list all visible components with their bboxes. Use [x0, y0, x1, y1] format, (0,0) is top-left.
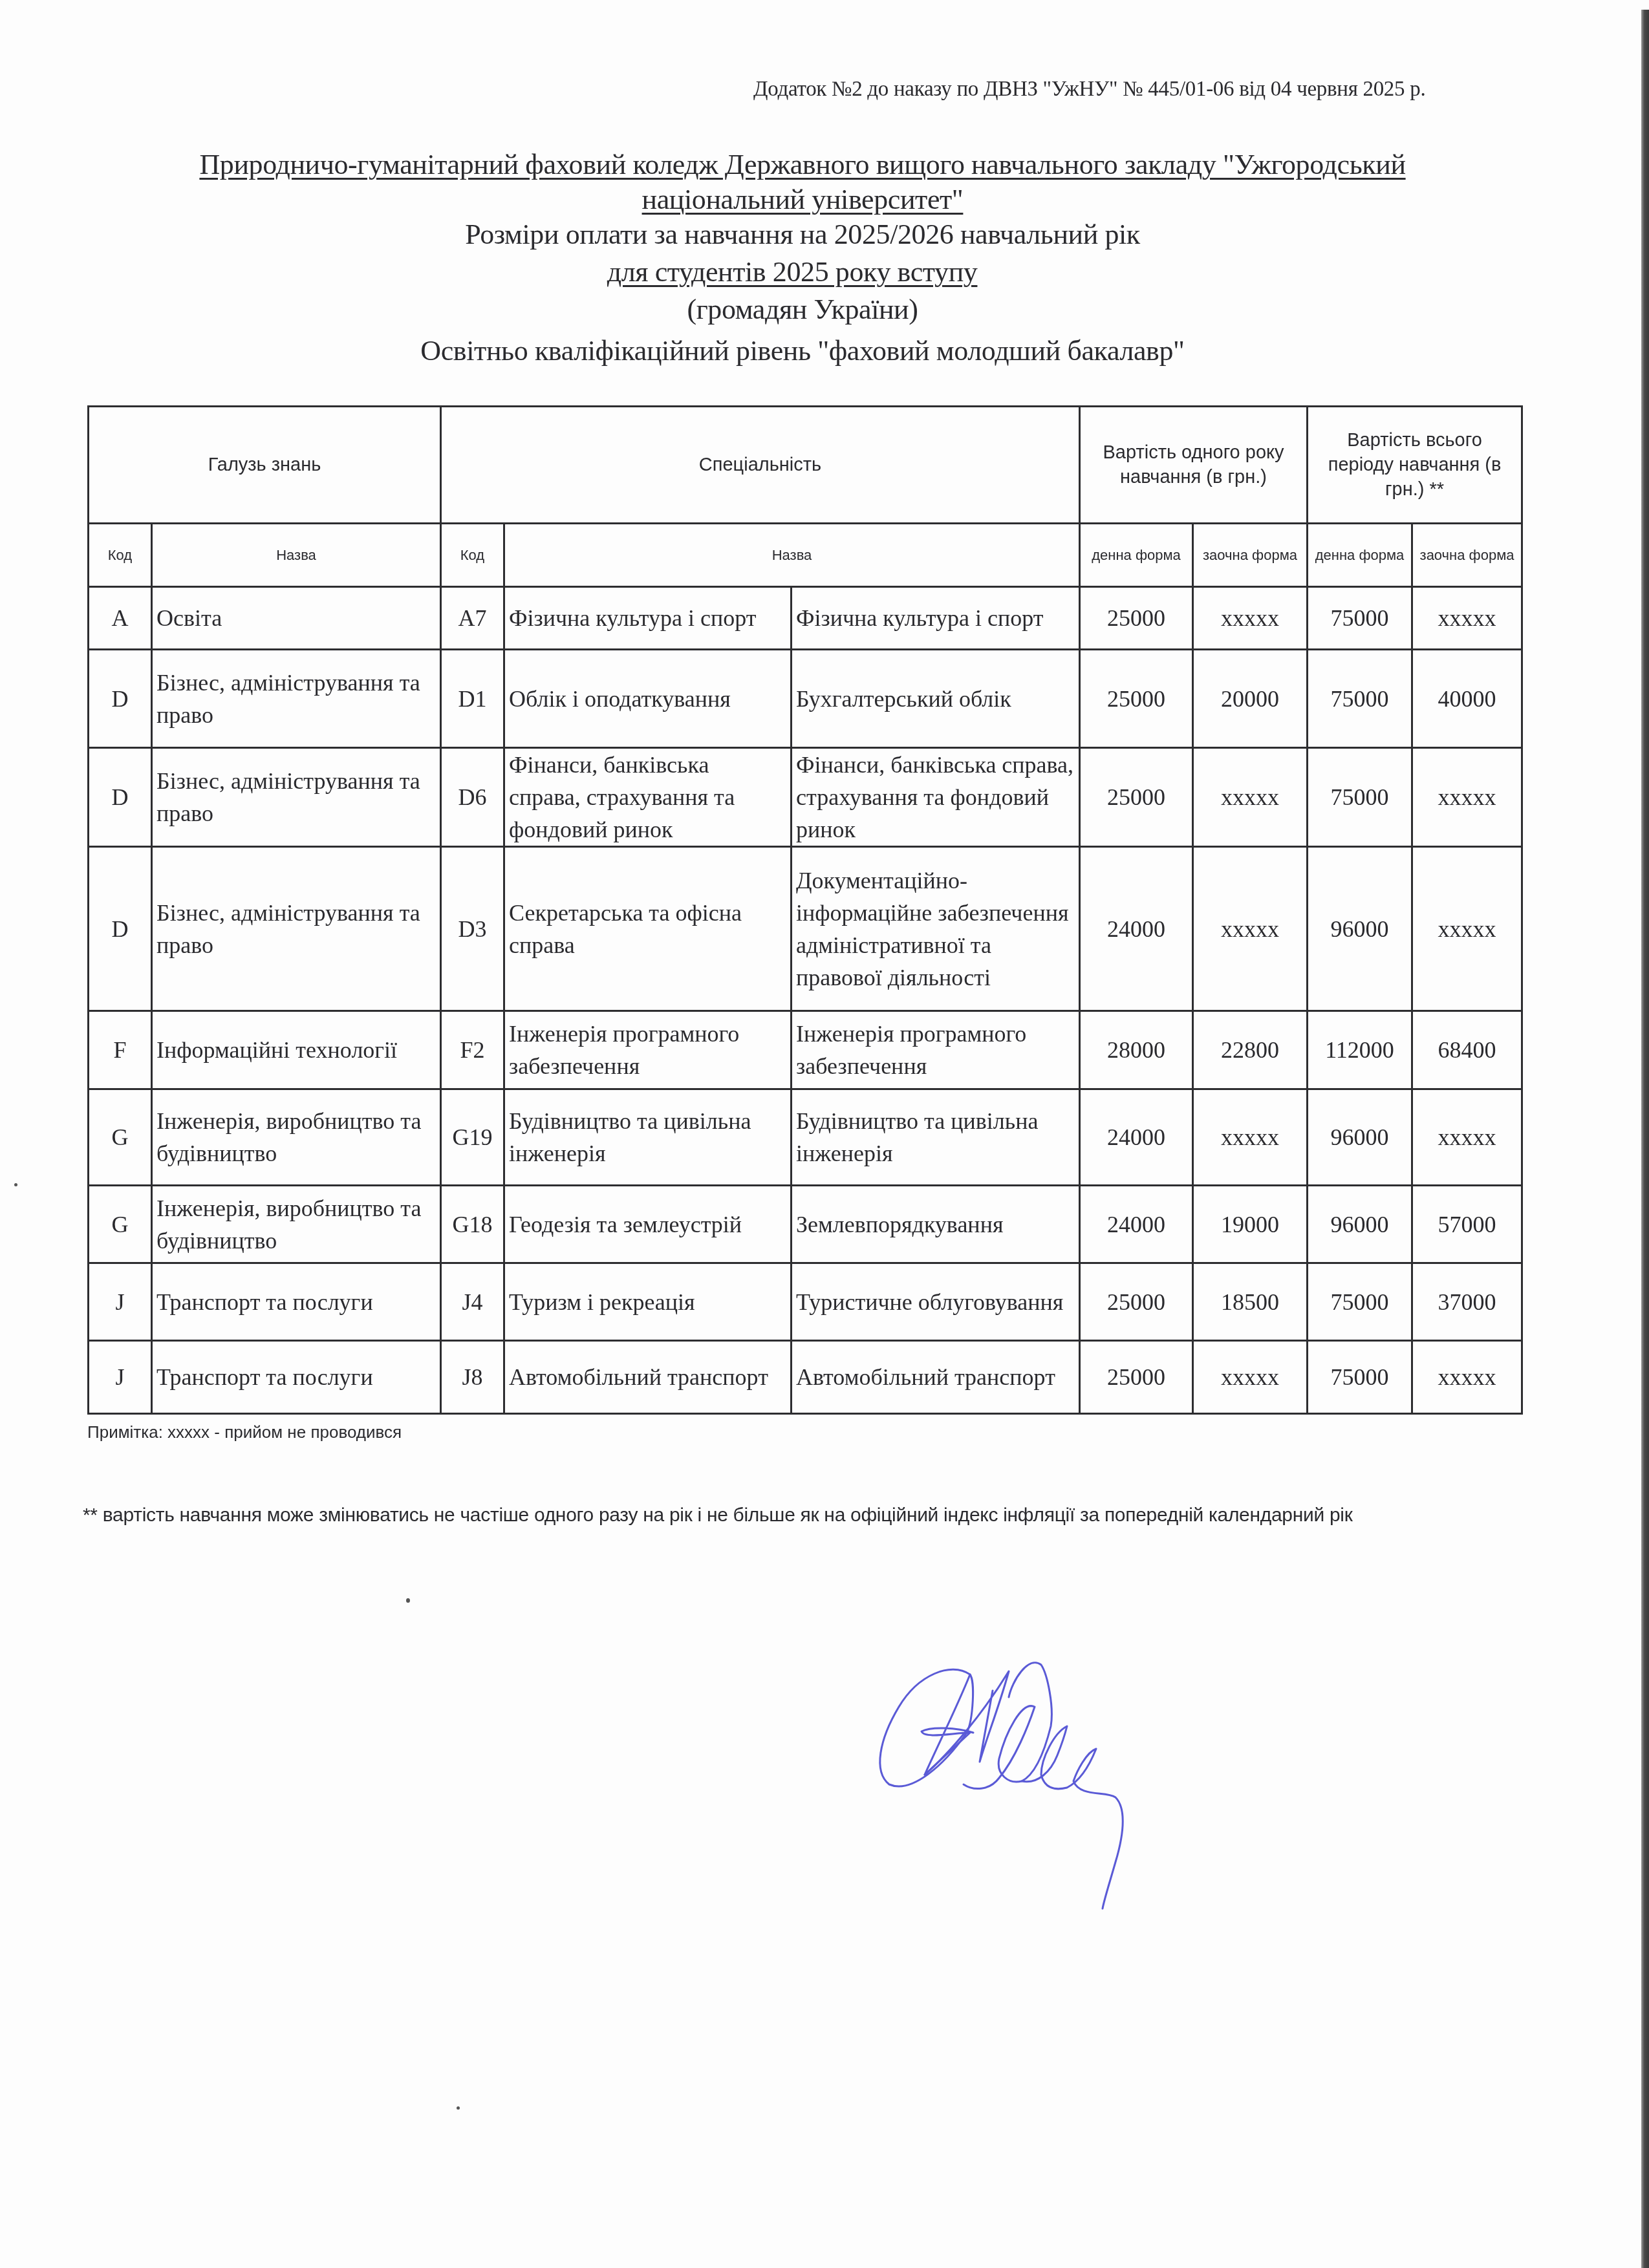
- scan-speck: [457, 2106, 460, 2110]
- spec-code-cell: D3: [441, 847, 504, 1011]
- year-full-time-cost: 25000: [1080, 587, 1193, 650]
- subheader-period-part-time: заочна форма: [1412, 524, 1522, 587]
- table-row: DБізнес, адміністрування та правоD3Секре…: [89, 847, 1522, 1011]
- period-part-time-cost: xxxxx: [1412, 587, 1522, 650]
- table-row: GІнженерія, виробництво та будівництвоG1…: [89, 1186, 1522, 1263]
- spec-code-cell: J8: [441, 1341, 504, 1414]
- period-full-time-cost: 75000: [1308, 748, 1412, 847]
- spec-name-cell: Інженерія програмного забезпечення: [504, 1011, 792, 1089]
- year-full-time-cost: 24000: [1080, 1089, 1193, 1186]
- period-full-time-cost: 75000: [1308, 650, 1412, 748]
- period-part-time-cost: xxxxx: [1412, 847, 1522, 1011]
- subheader-period-full-time: денна форма: [1308, 524, 1412, 587]
- signature-image: [860, 1636, 1222, 1933]
- field-code-cell: J: [89, 1263, 152, 1341]
- field-name-cell: Бізнес, адміністрування та право: [152, 748, 441, 847]
- spec-code-cell: F2: [441, 1011, 504, 1089]
- program-name-cell: Туристичне облуговування: [792, 1263, 1080, 1341]
- header-cost-full-period: Вартість всього періоду навчання (в грн.…: [1308, 407, 1522, 524]
- spec-name-cell: Автомобільний транспорт: [504, 1341, 792, 1414]
- year-full-time-cost: 24000: [1080, 847, 1193, 1011]
- citizens-note: (громадян України): [0, 292, 1649, 327]
- spec-name-cell: Секретарська та офісна справа: [504, 847, 792, 1011]
- period-part-time-cost: 57000: [1412, 1186, 1522, 1263]
- field-name-cell: Бізнес, адміністрування та право: [152, 847, 441, 1011]
- header-row-groups: Галузь знань Спеціальність Вартість одно…: [89, 407, 1522, 524]
- year-part-time-cost: 19000: [1193, 1186, 1308, 1263]
- spec-name-cell: Фізична культура і спорт: [504, 587, 792, 650]
- period-full-time-cost: 96000: [1308, 1089, 1412, 1186]
- header-row-sub: Код Назва Код Назва денна форма заочна ф…: [89, 524, 1522, 587]
- field-name-cell: Інженерія, виробництво та будівництво: [152, 1089, 441, 1186]
- period-full-time-cost: 96000: [1308, 1186, 1412, 1263]
- spec-name-cell: Туризм і рекреація: [504, 1263, 792, 1341]
- year-part-time-cost: xxxxx: [1193, 847, 1308, 1011]
- table-row: DБізнес, адміністрування та правоD6Фінан…: [89, 748, 1522, 847]
- subheader-year-part-time: заочна форма: [1193, 524, 1308, 587]
- year-part-time-cost: 22800: [1193, 1011, 1308, 1089]
- year-full-time-cost: 25000: [1080, 1341, 1193, 1414]
- program-name-cell: Фізична культура і спорт: [792, 587, 1080, 650]
- document-subtitle: для студентів 2025 року вступу: [0, 255, 1649, 290]
- document-title-block: Природничо-гуманітарний фаховий коледж Д…: [0, 147, 1649, 369]
- field-name-cell: Інформаційні технології: [152, 1011, 441, 1089]
- field-code-cell: F: [89, 1011, 152, 1089]
- subheader-field-code: Код: [89, 524, 152, 587]
- year-part-time-cost: 20000: [1193, 650, 1308, 748]
- table-row: DБізнес, адміністрування та правоD1Облік…: [89, 650, 1522, 748]
- field-name-cell: Інженерія, виробництво та будівництво: [152, 1186, 441, 1263]
- scan-speck: [406, 1598, 410, 1603]
- institution-line-1-text: Природничо-гуманітарний фаховий коледж Д…: [199, 149, 1405, 180]
- year-part-time-cost: xxxxx: [1193, 748, 1308, 847]
- note-not-admitted: Примітка: xxxxx - прийом не проводився: [87, 1422, 402, 1442]
- field-name-cell: Освіта: [152, 587, 441, 650]
- period-part-time-cost: xxxxx: [1412, 1089, 1522, 1186]
- period-full-time-cost: 75000: [1308, 587, 1412, 650]
- field-code-cell: D: [89, 847, 152, 1011]
- period-full-time-cost: 75000: [1308, 1341, 1412, 1414]
- year-full-time-cost: 28000: [1080, 1011, 1193, 1089]
- institution-line-2-text: національний університет": [642, 184, 964, 215]
- program-name-cell: Фінанси, банківська справа, страхування …: [792, 748, 1080, 847]
- period-part-time-cost: xxxxx: [1412, 748, 1522, 847]
- year-part-time-cost: 18500: [1193, 1263, 1308, 1341]
- spec-name-cell: Облік і оподаткування: [504, 650, 792, 748]
- table-row: JТранспорт та послугиJ4Туризм і рекреаці…: [89, 1263, 1522, 1341]
- institution-line-2: національний університет": [0, 182, 1649, 217]
- year-part-time-cost: xxxxx: [1193, 587, 1308, 650]
- subheader-field-name: Назва: [152, 524, 441, 587]
- spec-name-cell: Будівництво та цивільна інженерія: [504, 1089, 792, 1186]
- spec-code-cell: J4: [441, 1263, 504, 1341]
- program-name-cell: Землевпорядкування: [792, 1186, 1080, 1263]
- subheader-spec-name: Назва: [504, 524, 1080, 587]
- institution-line-1: Природничо-гуманітарний фаховий коледж Д…: [0, 147, 1649, 182]
- annex-reference: Додаток №2 до наказу по ДВНЗ "УжНУ" № 44…: [753, 78, 1425, 102]
- field-name-cell: Транспорт та послуги: [152, 1263, 441, 1341]
- scan-speck: [14, 1183, 17, 1186]
- field-name-cell: Бізнес, адміністрування та право: [152, 650, 441, 748]
- table-row: AОсвітаA7Фізична культура і спортФізична…: [89, 587, 1522, 650]
- table-row: JТранспорт та послугиJ8Автомобільний тра…: [89, 1341, 1522, 1414]
- period-part-time-cost: 40000: [1412, 650, 1522, 748]
- spec-code-cell: A7: [441, 587, 504, 650]
- year-full-time-cost: 25000: [1080, 650, 1193, 748]
- note-cost-change: ** вартість навчання може змінюватись не…: [83, 1504, 1353, 1526]
- subheader-spec-code: Код: [441, 524, 504, 587]
- field-code-cell: G: [89, 1186, 152, 1263]
- field-code-cell: D: [89, 650, 152, 748]
- period-full-time-cost: 112000: [1308, 1011, 1412, 1089]
- period-full-time-cost: 75000: [1308, 1263, 1412, 1341]
- table-row: GІнженерія, виробництво та будівництвоG1…: [89, 1089, 1522, 1186]
- spec-code-cell: D6: [441, 748, 504, 847]
- program-name-cell: Інженерія програмного забезпечення: [792, 1011, 1080, 1089]
- year-full-time-cost: 25000: [1080, 1263, 1193, 1341]
- field-code-cell: D: [89, 748, 152, 847]
- spec-name-cell: Геодезія та землеустрій: [504, 1186, 792, 1263]
- table-body: AОсвітаA7Фізична культура і спортФізична…: [89, 587, 1522, 1414]
- year-full-time-cost: 25000: [1080, 748, 1193, 847]
- subheader-year-full-time: денна форма: [1080, 524, 1193, 587]
- program-name-cell: Документаційно-інформаційне забезпечення…: [792, 847, 1080, 1011]
- spec-code-cell: G19: [441, 1089, 504, 1186]
- field-name-cell: Транспорт та послуги: [152, 1341, 441, 1414]
- spec-name-cell: Фінанси, банківська справа, страхування …: [504, 748, 792, 847]
- header-specialty: Спеціальність: [441, 407, 1080, 524]
- program-name-cell: Автомобільний транспорт: [792, 1341, 1080, 1414]
- field-code-cell: J: [89, 1341, 152, 1414]
- period-full-time-cost: 96000: [1308, 847, 1412, 1011]
- program-name-cell: Бухгалтерський облік: [792, 650, 1080, 748]
- field-code-cell: G: [89, 1089, 152, 1186]
- field-code-cell: A: [89, 587, 152, 650]
- document-title: Розміри оплати за навчання на 2025/2026 …: [0, 217, 1649, 252]
- period-part-time-cost: xxxxx: [1412, 1341, 1522, 1414]
- header-cost-one-year: Вартість одного року навчання (в грн.): [1080, 407, 1308, 524]
- year-part-time-cost: xxxxx: [1193, 1089, 1308, 1186]
- spec-code-cell: G18: [441, 1186, 504, 1263]
- year-full-time-cost: 24000: [1080, 1186, 1193, 1263]
- spec-code-cell: D1: [441, 650, 504, 748]
- header-field-of-study: Галузь знань: [89, 407, 441, 524]
- document-subtitle-text: для студентів 2025 року вступу: [607, 256, 978, 288]
- year-part-time-cost: xxxxx: [1193, 1341, 1308, 1414]
- table-row: FІнформаційні технологіїF2Інженерія прог…: [89, 1011, 1522, 1089]
- period-part-time-cost: 37000: [1412, 1263, 1522, 1341]
- program-name-cell: Будівництво та цивільна інженерія: [792, 1089, 1080, 1186]
- period-part-time-cost: 68400: [1412, 1011, 1522, 1089]
- education-level: Освітньо кваліфікаційний рівень "фаховий…: [0, 334, 1649, 369]
- tuition-fees-table: Галузь знань Спеціальність Вартість одно…: [87, 405, 1523, 1415]
